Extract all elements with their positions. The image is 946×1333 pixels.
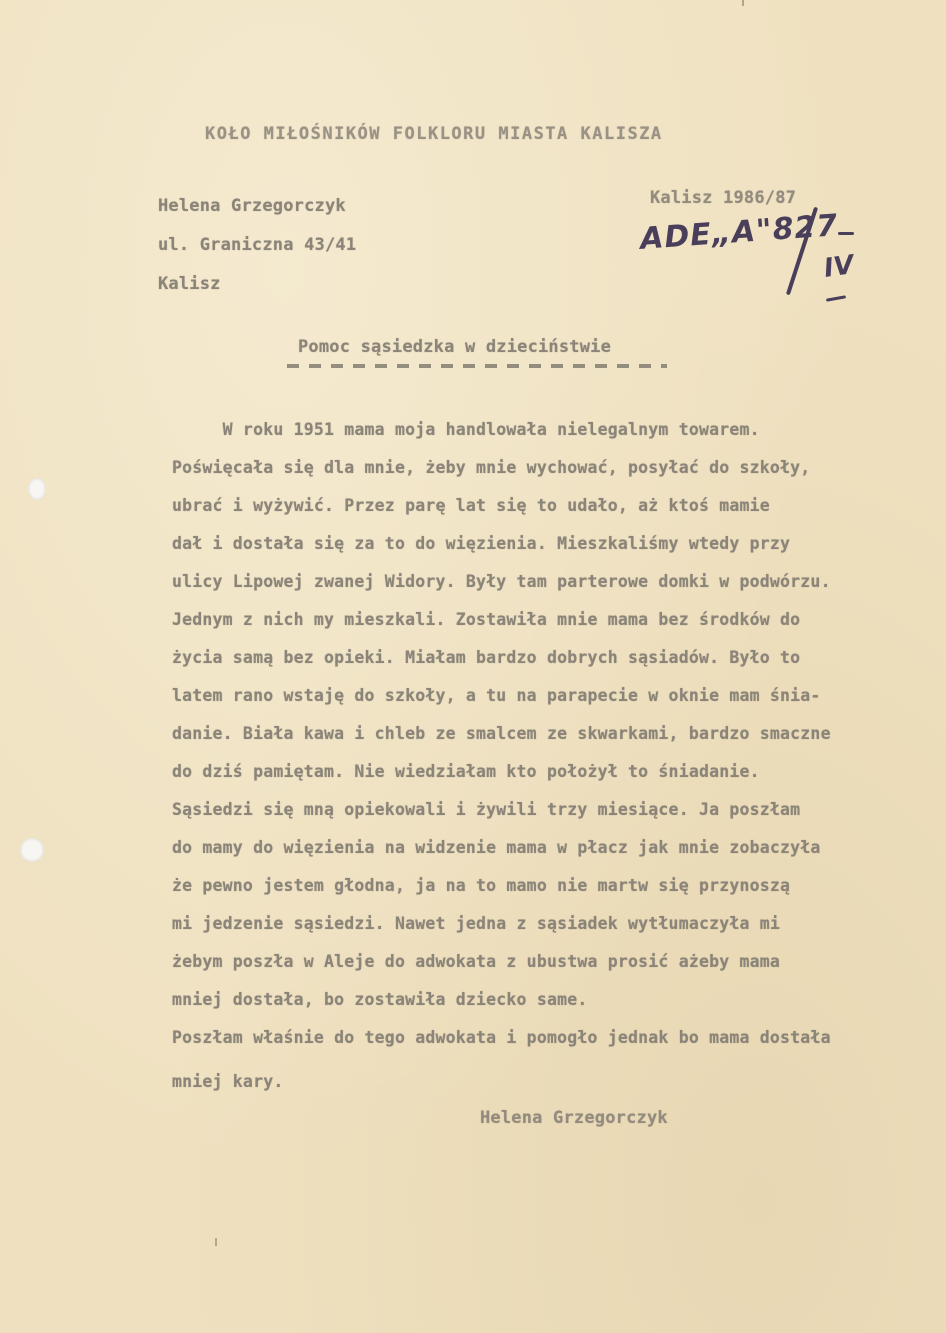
sender-name: Helena Grzegorczyk xyxy=(158,196,346,216)
annotation-roman-numeral: IV xyxy=(822,250,856,284)
body-line: Sąsiedzi się mną opiekowali i żywili trz… xyxy=(172,800,800,819)
title-dashed-underline xyxy=(287,364,667,368)
body-line: do mamy do więzienia na widzenie mama w … xyxy=(172,838,821,857)
body-line: mniej dostała, bo zostawiła dziecko same… xyxy=(172,990,588,1009)
organization-header: KOŁO MIŁOŚNIKÓW FOLKLORU MIASTA KALISZA xyxy=(205,124,663,144)
sender-city: Kalisz xyxy=(158,274,221,294)
signature: Helena Grzegorczyk xyxy=(480,1108,668,1128)
body-line: latem rano wstaję do szkoły, a tu na par… xyxy=(172,686,821,705)
punch-hole xyxy=(28,478,46,500)
body-line: W roku 1951 mama moja handlowała nielega… xyxy=(172,420,760,439)
body-line: Jednym z nich my mieszkali. Zostawiła mn… xyxy=(172,610,800,629)
body-line: ulicy Lipowej zwanej Widory. Były tam pa… xyxy=(172,572,831,591)
annotation-underline xyxy=(826,295,846,301)
body-line: że pewno jestem głodna, ja na to mamo ni… xyxy=(172,876,790,895)
body-line: danie. Biała kawa i chleb ze smalcem ze … xyxy=(172,724,831,743)
margin-mark xyxy=(215,1238,217,1246)
body-line: mniej kary. xyxy=(172,1072,283,1091)
body-line: Poświęcała się dla mnie, żeby mnie wycho… xyxy=(172,458,810,477)
body-line: do dziś pamiętam. Nie wiedziałam kto poł… xyxy=(172,762,760,781)
sender-street: ul. Graniczna 43/41 xyxy=(158,235,356,255)
body-line: mi jedzenie sąsiedzi. Nawet jedna z sąsi… xyxy=(172,914,780,933)
body-line: ubrać i wyżywić. Przez parę lat się to u… xyxy=(172,496,770,515)
document-title: Pomoc sąsiedzka w dzieciństwie xyxy=(298,337,611,357)
place-date: Kalisz 1986/87 xyxy=(650,188,796,208)
punch-hole xyxy=(20,838,44,862)
body-line: Poszłam właśnie do tego adwokata i pomog… xyxy=(172,1028,831,1047)
annotation-dash xyxy=(838,232,854,235)
margin-mark xyxy=(742,0,744,6)
body-line: żebym poszła w Aleje do adwokata z ubust… xyxy=(172,952,780,971)
document-page: KOŁO MIŁOŚNIKÓW FOLKLORU MIASTA KALISZA … xyxy=(0,0,946,1333)
body-line: dał i dostała się za to do więzienia. Mi… xyxy=(172,534,790,553)
body-line: życia samą bez opieki. Miałam bardzo dob… xyxy=(172,648,800,667)
